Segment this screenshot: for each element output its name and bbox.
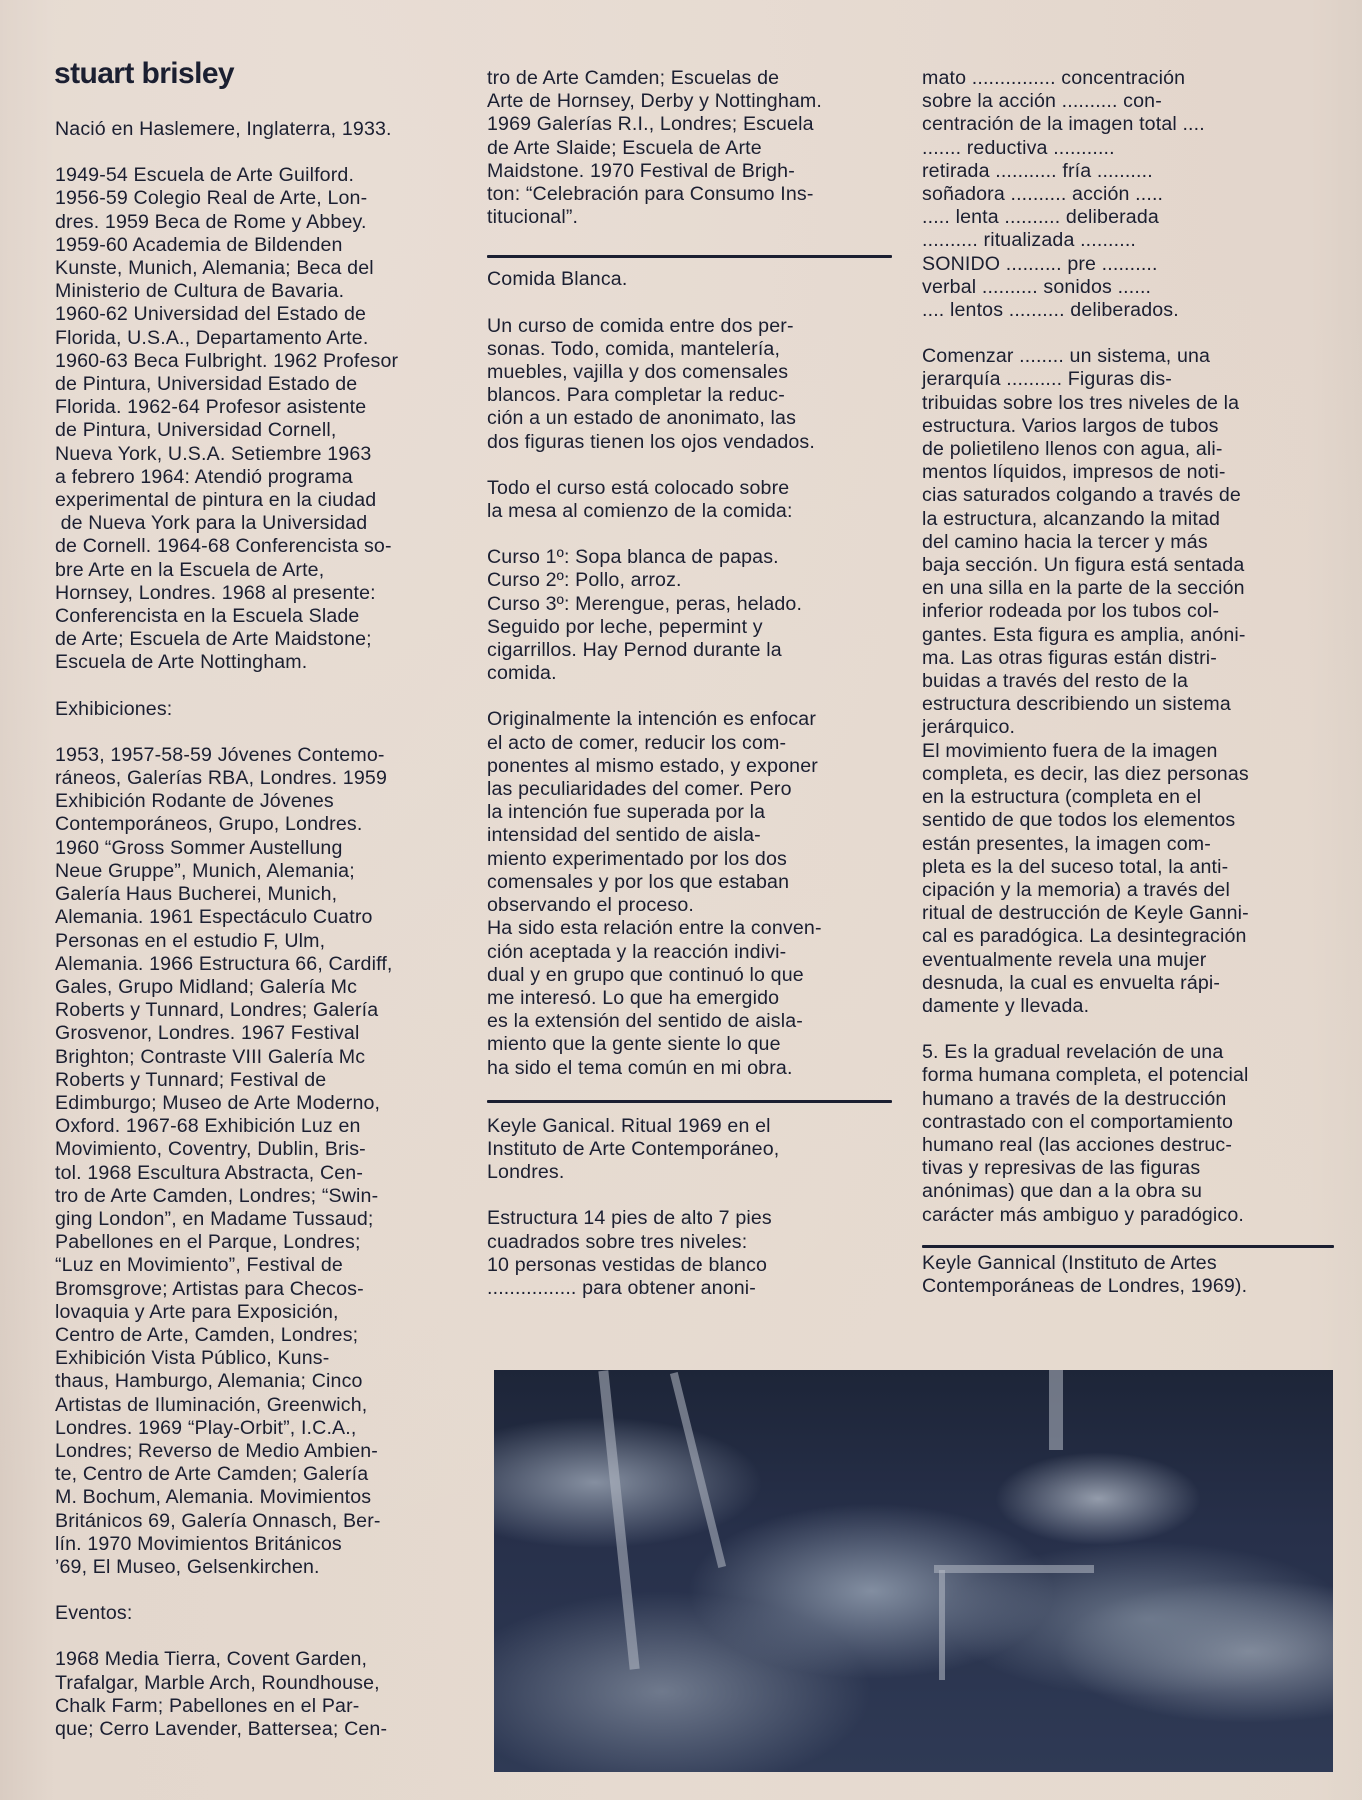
text-line: humano real (las acciones destruc-: [922, 1134, 1334, 1157]
text-line: Estructura 14 pies de alto 7 pies: [487, 1207, 892, 1230]
text-line: ción a un estado de anonimato, las: [487, 407, 892, 430]
text-line: Ministerio de Cultura de Bavaria.: [55, 280, 463, 303]
text-line: lín. 1970 Movimientos Británicos: [55, 1533, 463, 1556]
text-line: mato ............... concentración: [922, 67, 1334, 90]
text-line: pleta es la del suceso total, la anti-: [922, 856, 1334, 879]
text-line: las peculiaridades del comer. Pero: [487, 778, 892, 801]
text-line: comensales y por los que estaban: [487, 871, 892, 894]
text-line: 1969 Galerías R.I., Londres; Escuela: [487, 113, 892, 136]
text-line: Ha sido esta relación entre la conven-: [487, 917, 892, 940]
structure-pole: [1049, 1370, 1063, 1450]
text-line: Un curso de comida entre dos per-: [487, 315, 892, 338]
comida-intention-block: Originalmente la intención es enfocar el…: [487, 708, 892, 1079]
text-line: humano a través de la destrucción: [922, 1088, 1334, 1111]
text-line: Británicos 69, Galería Onnasch, Ber-: [55, 1510, 463, 1533]
text-line: thaus, Hamburgo, Alemania; Cinco: [55, 1370, 463, 1393]
events-block: 1968 Media Tierra, Covent Garden, Trafal…: [55, 1648, 463, 1741]
text-line: Originalmente la intención es enfocar: [487, 708, 892, 731]
text-line: en una silla en la parte de la sección: [922, 577, 1334, 600]
text-line: anónimas) que dan a la obra su: [922, 1180, 1334, 1203]
text-line: Todo el curso está colocado sobre: [487, 477, 892, 500]
text-line: de polietileno llenos con agua, ali-: [922, 438, 1334, 461]
point-5-block: 5. Es la gradual revelación de una forma…: [922, 1041, 1334, 1227]
text-line: 5. Es la gradual revelación de una: [922, 1041, 1334, 1064]
text-line: miento experimentado por los dos: [487, 848, 892, 871]
text-line: Hornsey, Londres. 1968 al presente:: [55, 582, 463, 605]
text-line: sentido de que todos los elementos: [922, 809, 1334, 832]
text-line: ritual de destrucción de Keyle Ganni-: [922, 902, 1334, 925]
text-line: Kunste, Munich, Alemania; Beca del: [55, 257, 463, 280]
text-line: tro de Arte Camden, Londres; “Swin-: [55, 1185, 463, 1208]
text-line: muebles, vajilla y dos comensales: [487, 361, 892, 384]
text-line: lovaquia y Arte para Exposición,: [55, 1301, 463, 1324]
text-line: te, Centro de Arte Camden; Galería: [55, 1463, 463, 1486]
text-line: damente y llevada.: [922, 995, 1334, 1018]
text-line: están presentes, la imagen com-: [922, 833, 1334, 856]
text-line: la mesa al comienzo de la comida:: [487, 500, 892, 523]
performance-photo: [494, 1370, 1333, 1772]
events-heading: Eventos:: [55, 1602, 463, 1625]
text-line: dual y en grupo que continuó lo que: [487, 964, 892, 987]
work-title-keyle-ganical: Keyle Ganical. Ritual 1969 en el Institu…: [487, 1115, 892, 1185]
text-line: cipación y la memoria) a través del: [922, 879, 1334, 902]
text-line: ................ para obtener anoni-: [487, 1277, 892, 1300]
text-line: Londres. 1969 “Play-Orbit”, I.C.A.,: [55, 1417, 463, 1440]
text-line: contrastado con el comportamiento: [922, 1111, 1334, 1134]
caption-divider: [922, 1245, 1334, 1248]
text-line: experimental de pintura en la ciudad: [55, 489, 463, 512]
sequence-block: mato ............... concentración sobre…: [922, 67, 1334, 322]
left-column: stuart brisley Nació en Haslemere, Ingla…: [55, 56, 463, 1741]
text-line: Londres; Reverso de Medio Ambien-: [55, 1440, 463, 1463]
text-line: SONIDO .......... pre ..........: [922, 253, 1334, 276]
text-line: jerárquico.: [922, 716, 1334, 739]
section-divider: [487, 1100, 892, 1103]
text-line: ..... lenta .......... deliberada: [922, 206, 1334, 229]
text-line: desnuda, la cual es envuelta rápi-: [922, 972, 1334, 995]
menu-line: Curso 2º: Pollo, arroz.: [487, 569, 892, 592]
text-line: el acto de comer, reducir los com-: [487, 732, 892, 755]
text-line: M. Bochum, Alemania. Movimientos: [55, 1486, 463, 1509]
text-line: dres. 1959 Beca de Rome y Abbey.: [55, 211, 463, 234]
structure-beam: [934, 1565, 1094, 1573]
text-line: Personas en el estudio F, Ulm,: [55, 930, 463, 953]
menu-line: Curso 3º: Merengue, peras, helado.: [487, 593, 892, 616]
text-line: la intención fue superada por la: [487, 801, 892, 824]
text-line: jerarquía .......... Figuras dis-: [922, 368, 1334, 391]
middle-column: tro de Arte Camden; Escuelas de Arte de …: [487, 67, 892, 1300]
text-line: ging London”, en Madame Tussaud;: [55, 1208, 463, 1231]
text-line: 1949-54 Escuela de Arte Guilford.: [55, 164, 463, 187]
text-line: Trafalgar, Marble Arch, Roundhouse,: [55, 1672, 463, 1695]
text-line: 10 personas vestidas de blanco: [487, 1254, 892, 1277]
text-line: de Pintura, Universidad Estado de: [55, 373, 463, 396]
text-line: Roberts y Tunnard, Londres; Galería: [55, 999, 463, 1022]
structure-leg: [939, 1570, 945, 1680]
section-divider: [487, 255, 892, 258]
text-line: Pabellones en el Parque, Londres;: [55, 1231, 463, 1254]
text-line: .......... ritualizada ..........: [922, 229, 1334, 252]
artist-name-title: stuart brisley: [54, 56, 463, 92]
text-line: estructura. Varios largos de tubos: [922, 415, 1334, 438]
text-line: buidas a través del resto de la: [922, 670, 1334, 693]
text-line: Florida. 1962-64 Profesor asistente: [55, 396, 463, 419]
text-line: El movimiento fuera de la imagen: [922, 740, 1334, 763]
text-line: eventualmente revela una mujer: [922, 949, 1334, 972]
text-line: Florida, U.S.A., Departamento Arte.: [55, 327, 463, 350]
photo-caption: Keyle Gannical (Instituto de Artes Conte…: [922, 1252, 1334, 1298]
text-line: ’69, El Museo, Gelsenkirchen.: [55, 1556, 463, 1579]
text-line: del camino hacia la tercer y más: [922, 531, 1334, 554]
right-column: mato ............... concentración sobre…: [922, 67, 1334, 1298]
text-line: tol. 1968 Escultura Abstracta, Cen-: [55, 1162, 463, 1185]
text-line: ma. Las otras figuras están distri-: [922, 647, 1334, 670]
birth-info: Nació en Haslemere, Inglaterra, 1933.: [55, 118, 463, 141]
text-line: Arte de Hornsey, Derby y Nottingham.: [487, 90, 892, 113]
structure-pole: [670, 1372, 726, 1568]
text-line: Edimburgo; Museo de Arte Moderno,: [55, 1092, 463, 1115]
text-line: 1960-62 Universidad del Estado de: [55, 303, 463, 326]
text-line: Brighton; Contraste VIII Galería Mc: [55, 1046, 463, 1069]
text-line: Alemania. 1961 Espectáculo Cuatro: [55, 906, 463, 929]
text-line: Chalk Farm; Pabellones en el Par-: [55, 1695, 463, 1718]
text-line: Keyle Gannical (Instituto de Artes: [922, 1252, 1334, 1275]
text-line: Nueva York, U.S.A. Setiembre 1963: [55, 443, 463, 466]
text-line: inferior rodeada por los tubos col-: [922, 600, 1334, 623]
text-line: la estructura, alcanzando la mitad: [922, 508, 1334, 531]
text-line: mentos líquidos, impresos de noti-: [922, 461, 1334, 484]
text-line: verbal .......... sonidos ......: [922, 276, 1334, 299]
text-line: Galería Haus Bucherei, Munich,: [55, 883, 463, 906]
events-continued-block: tro de Arte Camden; Escuelas de Arte de …: [487, 67, 892, 229]
text-line: ráneos, Galerías RBA, Londres. 1959: [55, 767, 463, 790]
work-title-comida-blanca: Comida Blanca.: [487, 268, 892, 291]
text-line: completa, es decir, las diez personas: [922, 763, 1334, 786]
text-line: gantes. Esta figura es amplia, anóni-: [922, 624, 1334, 647]
text-line: Gales, Grupo Midland; Galería Mc: [55, 976, 463, 999]
text-line: forma humana completa, el potencial: [922, 1064, 1334, 1087]
text-line: estructura describiendo un sistema: [922, 693, 1334, 716]
text-line: 1968 Media Tierra, Covent Garden,: [55, 1648, 463, 1671]
text-line: intensidad del sentido de aisla-: [487, 824, 892, 847]
text-line: dos figuras tienen los ojos vendados.: [487, 431, 892, 454]
text-line: Instituto de Arte Contemporáneo,: [487, 1138, 892, 1161]
education-block: 1949-54 Escuela de Arte Guilford. 1956-5…: [55, 164, 463, 674]
comida-intro-block: Un curso de comida entre dos per- sonas.…: [487, 315, 892, 454]
text-line: tribuidas sobre los tres niveles de la: [922, 392, 1334, 415]
text-line: centración de la imagen total ....: [922, 113, 1334, 136]
text-line: Escuela de Arte Nottingham.: [55, 651, 463, 674]
text-line: es la extensión del sentido de aisla-: [487, 1010, 892, 1033]
menu-line: Curso 1º: Sopa blanca de papas.: [487, 546, 892, 569]
description-block: Comenzar ........ un sistema, una jerarq…: [922, 345, 1334, 1018]
text-line: Roberts y Tunnard; Festival de: [55, 1069, 463, 1092]
text-line: 1959-60 Academia de Bildenden: [55, 234, 463, 257]
text-line: titucional”.: [487, 206, 892, 229]
keyle-structure-block: Estructura 14 pies de alto 7 pies cuadra…: [487, 1207, 892, 1300]
text-line: observando el proceso.: [487, 894, 892, 917]
text-line: sobre la acción .......... con-: [922, 90, 1334, 113]
text-line: de Nueva York para la Universidad: [55, 512, 463, 535]
comida-setup-block: Todo el curso está colocado sobre la mes…: [487, 477, 892, 523]
text-line: tro de Arte Camden; Escuelas de: [487, 67, 892, 90]
text-line: en la estructura (completa en el: [922, 786, 1334, 809]
text-line: blancos. Para completar la reduc-: [487, 384, 892, 407]
text-line: Centro de Arte, Camden, Londres;: [55, 1324, 463, 1347]
text-line: Alemania. 1966 Estructura 66, Cardiff,: [55, 953, 463, 976]
text-line: Conferencista en la Escuela Slade: [55, 605, 463, 628]
text-line: de Arte Slaide; Escuela de Arte: [487, 137, 892, 160]
text-line: ponentes al mismo estado, y exponer: [487, 755, 892, 778]
exhibitions-block: 1953, 1957-58-59 Jóvenes Contemo- ráneos…: [55, 744, 463, 1579]
text-line: me interesó. Lo que ha emergido: [487, 987, 892, 1010]
structure-pole: [598, 1370, 639, 1669]
text-line: cuadrados sobre tres niveles:: [487, 1231, 892, 1254]
text-line: .... lentos .......... deliberados.: [922, 299, 1334, 322]
text-line: Comenzar ........ un sistema, una: [922, 345, 1334, 368]
menu-line: Seguido por leche, pepermint y: [487, 616, 892, 639]
text-line: Bromsgrove; Artistas para Checos-: [55, 1278, 463, 1301]
text-line: tivas y represivas de las figuras: [922, 1157, 1334, 1180]
text-line: bre Arte en la Escuela de Arte,: [55, 559, 463, 582]
text-line: Movimiento, Coventry, Dublin, Bris-: [55, 1138, 463, 1161]
text-line: 1960 “Gross Sommer Austellung: [55, 837, 463, 860]
text-line: Exhibición Vista Público, Kuns-: [55, 1347, 463, 1370]
text-line: baja sección. Un figura está sentada: [922, 554, 1334, 577]
text-line: carácter más ambiguo y paradógico.: [922, 1204, 1334, 1227]
text-line: Artistas de Iluminación, Greenwich,: [55, 1394, 463, 1417]
text-line: Contemporáneos, Grupo, Londres.: [55, 813, 463, 836]
text-line: de Cornell. 1964-68 Conferencista so-: [55, 535, 463, 558]
text-line: Grosvenor, Londres. 1967 Festival: [55, 1022, 463, 1045]
text-line: de Arte; Escuela de Arte Maidstone;: [55, 628, 463, 651]
text-line: retirada ........... fría ..........: [922, 160, 1334, 183]
text-line: 1956-59 Colegio Real de Arte, Lon-: [55, 187, 463, 210]
text-line: Exhibición Rodante de Jóvenes: [55, 790, 463, 813]
text-line: Keyle Ganical. Ritual 1969 en el: [487, 1115, 892, 1138]
text-line: Maidstone. 1970 Festival de Brigh-: [487, 160, 892, 183]
text-line: 1953, 1957-58-59 Jóvenes Contemo-: [55, 744, 463, 767]
text-line: ton: “Celebración para Consumo Ins-: [487, 183, 892, 206]
text-line: 1960-63 Beca Fulbright. 1962 Profesor: [55, 350, 463, 373]
text-line: cias saturados colgando a través de: [922, 484, 1334, 507]
text-line: ción aceptada y la reacción indivi-: [487, 941, 892, 964]
text-line: Contemporáneas de Londres, 1969).: [922, 1275, 1334, 1298]
text-line: ha sido el tema común en mi obra.: [487, 1057, 892, 1080]
text-line: ....... reductiva ...........: [922, 137, 1334, 160]
text-line: de Pintura, Universidad Cornell,: [55, 419, 463, 442]
text-line: cal es paradógica. La desintegración: [922, 925, 1334, 948]
comida-menu-block: Curso 1º: Sopa blanca de papas. Curso 2º…: [487, 546, 892, 685]
text-line: que; Cerro Lavender, Battersea; Cen-: [55, 1718, 463, 1741]
text-line: a febrero 1964: Atendió programa: [55, 466, 463, 489]
text-line: Neue Gruppe”, Munich, Alemania;: [55, 860, 463, 883]
text-line: Londres.: [487, 1161, 892, 1184]
text-line: sonas. Todo, comida, mantelería,: [487, 338, 892, 361]
menu-line: cigarrillos. Hay Pernod durante la: [487, 639, 892, 662]
menu-line: comida.: [487, 662, 892, 685]
text-line: miento que la gente siente lo que: [487, 1033, 892, 1056]
text-line: Oxford. 1967-68 Exhibición Luz en: [55, 1115, 463, 1138]
text-line: soñadora .......... acción .....: [922, 183, 1334, 206]
text-line: “Luz en Movimiento”, Festival de: [55, 1254, 463, 1277]
exhibitions-heading: Exhibiciones:: [55, 698, 463, 721]
